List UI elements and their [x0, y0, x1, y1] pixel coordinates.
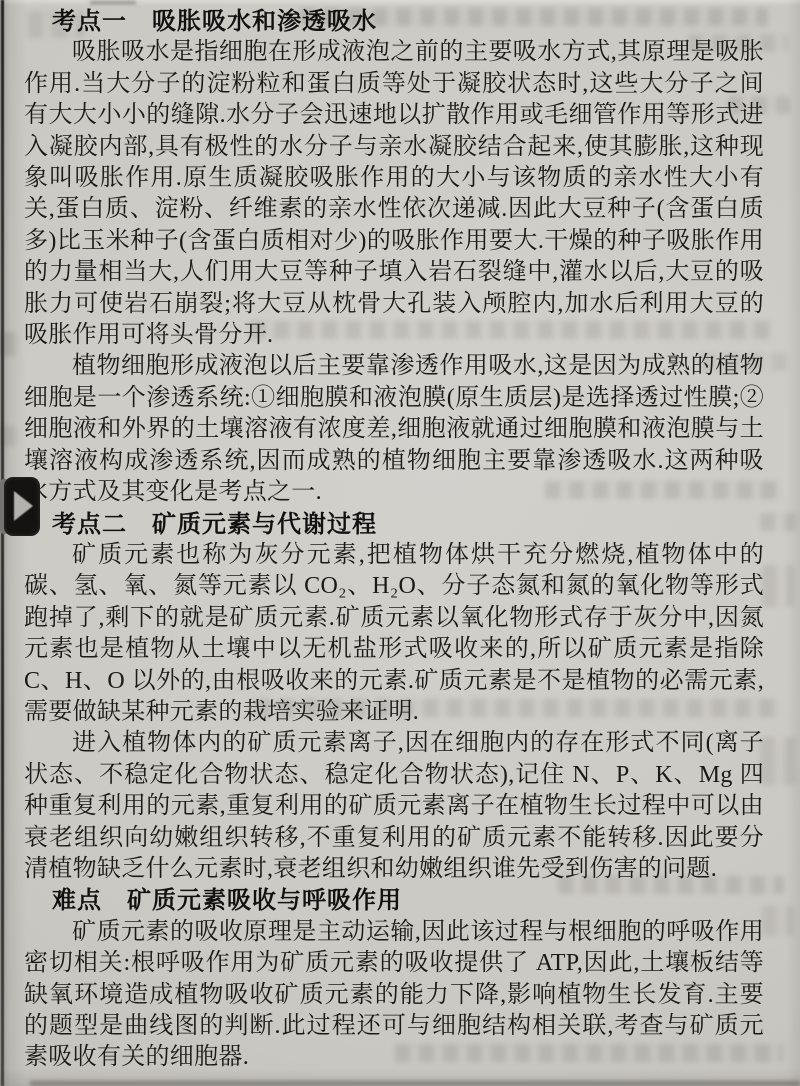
section-tab-marker [0, 477, 40, 536]
bleed-through-smudge [760, 737, 796, 785]
paragraph-imbibition: 吸胀吸水是指细胞在形成液泡之前的主要吸水方式,其原理是吸胀作用.当大分子的淀粉粒… [24, 37, 764, 351]
heading-kaodian-1: 考点一 吸胀吸水和渗透吸水 [24, 6, 764, 37]
paragraph-absorption-respiration: 矿质元素的吸收原理是主动运输,因此该过程与根细胞的呼吸作用密切相关:根呼吸作用为… [24, 917, 764, 1074]
scanned-textbook-page: 考点一 吸胀吸水和渗透吸水 吸胀吸水是指细胞在形成液泡之前的主要吸水方式,其原理… [0, 0, 800, 1086]
bleed-through-smudge [762, 565, 794, 607]
bleed-through-smudge [762, 906, 794, 936]
heading-kaodian-2: 考点二 矿质元素与代谢过程 [24, 509, 764, 540]
page-text-block: 考点一 吸胀吸水和渗透吸水 吸胀吸水是指细胞在形成液泡之前的主要吸水方式,其原理… [24, 6, 764, 1074]
paragraph-mineral-elements: 矿质元素也称为灰分元素,把植物体烘干充分燃烧,植物体中的碳、氢、氧、氮等元素以 … [24, 540, 764, 728]
scan-edge-smudge-top [90, 0, 136, 4]
bleed-through-smudge [760, 513, 796, 531]
paragraph-osmosis: 植物细胞形成液泡以后主要靠渗透作用吸水,这是因为成熟的植物细胞是一个渗透系统:①… [24, 351, 764, 508]
scan-edge-smudge-bottom [30, 1081, 800, 1086]
heading-nandian: 难点 矿质元素吸收与呼吸作用 [24, 885, 764, 916]
paragraph-mineral-ions: 进入植物体内的矿质元素离子,因在细胞内的存在形式不同(离子状态、不稳定化合物状态… [24, 728, 764, 885]
page-left-edge-line [1, 0, 4, 1086]
play-triangle-icon [14, 491, 33, 521]
